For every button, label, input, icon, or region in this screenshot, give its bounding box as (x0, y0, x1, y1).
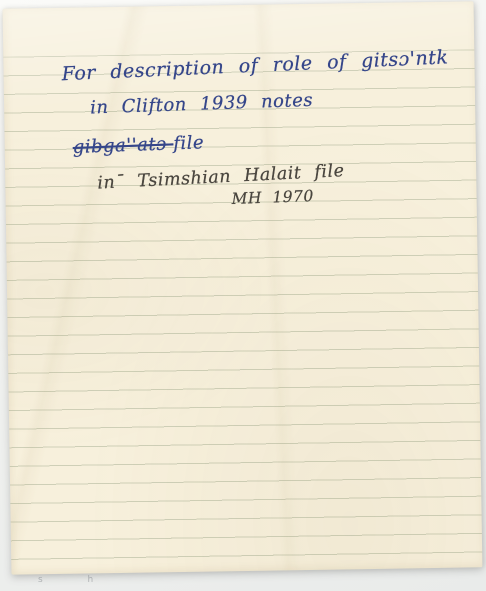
scan-background: For description of role of gitsɔ'ntk in … (0, 0, 486, 591)
ruled-lines (3, 49, 482, 568)
handwritten-annotation-initials-date: MH 1970 (231, 187, 314, 208)
paper-texture (3, 1, 483, 574)
faint-bottom-edge-marks: s h (38, 575, 101, 585)
handwritten-line-2: in Clifton 1939 notes (90, 90, 314, 119)
handwritten-line-1: For description of role of gitsɔ'ntk (61, 46, 449, 85)
note-paper-sheet: For description of role of gitsɔ'ntk in … (3, 1, 483, 574)
handwritten-line-3: gibga''atɔ-file (72, 132, 204, 158)
line-3-rest-text: file (173, 132, 205, 154)
struck-out-text: gibga''atɔ- (72, 133, 173, 158)
